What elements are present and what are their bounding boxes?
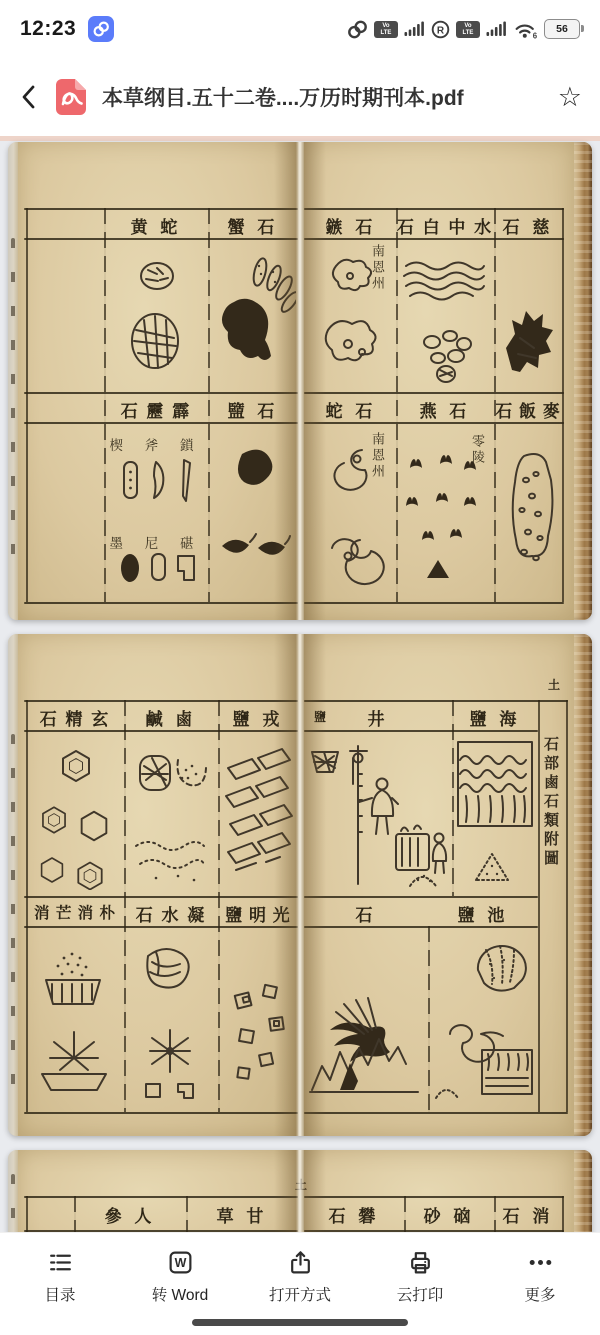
book-spread-1[interactable]: 黄 蛇 蟹 石 石 靂 霹 盬 石 楔 斧 鎖 墨 尼 碪	[8, 142, 592, 620]
toc-label: 目录	[44, 1283, 75, 1305]
status-bar: 12:23 VoLTE R VoLTE 6 56	[0, 0, 600, 58]
page-right: 井 鹽 鹽 海 石 鹽 池 土 石部鹵石類附圖	[304, 634, 574, 1136]
volte-badge-2: VoLTE	[456, 21, 480, 38]
battery-indicator: 56	[544, 19, 580, 39]
illustration-xuanjing-crystals	[30, 738, 122, 890]
cloud-print-button[interactable]: 云打印	[388, 1249, 452, 1305]
link-icon	[347, 19, 368, 40]
pdf-viewer-canvas[interactable]: 黄 蛇 蟹 石 石 靂 霹 盬 石 楔 斧 鎖 墨 尼 碪	[0, 136, 600, 1232]
illustration-lake-salt	[430, 930, 538, 1108]
convert-to-word-label: 转 Word	[152, 1283, 209, 1305]
entry-label-pilishi: 石 靂 霹	[104, 397, 208, 423]
page-edge-sliver	[8, 142, 18, 620]
book-spread-2[interactable]: 石 精 玄 鹹 鹵 鹽 戎 消 芒 消 朴 石 水 凝 鹽 明 光	[8, 634, 592, 1136]
margin-mark-tu: 土	[544, 676, 564, 702]
entry-label-shehuang: 黄 蛇	[104, 213, 208, 239]
home-indicator[interactable]	[192, 1319, 408, 1326]
app-header: 本草纲目.五十二卷....万历时期刊本.pdf ☆	[0, 58, 600, 136]
illustration-luxian	[126, 738, 216, 890]
page-left: 黄 蛇 蟹 石 石 靂 霹 盬 石 楔 斧 鎖 墨 尼 碪	[18, 142, 298, 620]
open-with-label: 打开方式	[269, 1283, 331, 1305]
illustration-ningshui-stone	[126, 934, 216, 1106]
margin-caption: 石部鹵石類附圖	[540, 736, 561, 976]
volte-badge: VoLTE	[374, 21, 398, 38]
link-app-badge-icon	[88, 16, 114, 42]
cloud-print-label: 云打印	[397, 1283, 444, 1305]
page-right: 鏃 石 石 白 中 水 石 慈 南恩州 蛇 石 燕 石 石 飯 麥 南恩州 零陵	[304, 142, 574, 620]
entry-label-xuanjingshi: 石 精 玄	[26, 705, 124, 731]
page-left: 石 精 玄 鹹 鹵 鹽 戎 消 芒 消 朴 石 水 凝 鹽 明 光	[18, 634, 298, 1136]
svg-text:6: 6	[533, 31, 538, 39]
illustration-magnetite	[498, 242, 560, 388]
illustration-well-salt-scene	[306, 734, 450, 892]
book-fore-edge	[574, 142, 592, 620]
toc-list-icon	[47, 1249, 74, 1276]
clock: 12:23	[20, 17, 76, 41]
entry-label-maifanshi: 石 飯 麥	[494, 397, 562, 423]
signal-bars-icon-2	[486, 21, 507, 37]
svg-text:W: W	[174, 1256, 186, 1270]
entry-label-chiyan: 鹽 池	[428, 901, 538, 927]
entry-label-puxiao-mangxiao: 消 芒 消 朴	[26, 901, 124, 927]
printer-icon	[407, 1249, 434, 1276]
pdf-file-icon	[52, 77, 90, 117]
book-fore-edge	[574, 1150, 592, 1232]
document-title: 本草纲目.五十二卷....万历时期刊本.pdf	[102, 82, 546, 112]
illustration-thunder-stones	[106, 428, 206, 598]
entry-label-ningshuishi: 石 水 凝	[124, 901, 218, 927]
illustration-puxiao-mangxiao	[28, 934, 122, 1106]
favorite-star-button[interactable]: ☆	[558, 84, 582, 111]
illustration-white-stone-in-water	[398, 242, 492, 388]
entry-label-shiyan: 燕 石	[396, 397, 494, 423]
illustration-snake-yellow	[110, 246, 202, 388]
signal-bars-icon	[404, 21, 425, 37]
book-fore-edge	[574, 634, 592, 1136]
entry-label-haiyan: 鹽 海	[452, 705, 538, 731]
svg-text:R: R	[437, 25, 445, 36]
entry-label-cishi: 石 慈	[494, 213, 562, 239]
entry-label-naosha: 砂 硇	[404, 1202, 494, 1228]
share-icon	[287, 1249, 314, 1276]
word-icon: W	[167, 1249, 194, 1276]
book-gutter	[274, 634, 326, 1136]
book-gutter	[274, 142, 326, 620]
page-edge-sliver	[8, 1150, 18, 1232]
convert-to-word-button[interactable]: W 转 Word	[148, 1249, 212, 1305]
page-edge-sliver	[8, 634, 18, 1136]
toc-button[interactable]: 目录	[28, 1249, 92, 1305]
page-left: 參 人 草 甘	[18, 1150, 298, 1232]
illustration-maifan-stone	[498, 428, 560, 598]
back-button[interactable]	[18, 82, 40, 112]
book-gutter	[274, 1150, 326, 1232]
entry-label-shuizhongbaishi: 石 白 中 水	[396, 213, 494, 239]
entry-label-xiaoshi: 石 消	[494, 1202, 562, 1228]
wifi6-icon: 6	[513, 20, 538, 39]
entry-label-renshen: 參 人	[74, 1202, 186, 1228]
book-spread-3[interactable]: 參 人 草 甘 石 礬 砂 硇 石 消 土	[8, 1150, 592, 1232]
open-with-button[interactable]: 打开方式	[268, 1249, 332, 1305]
illustration-sea-salt	[454, 734, 536, 892]
illustration-stone-swallows	[398, 428, 492, 598]
more-dots-icon	[527, 1249, 554, 1276]
entry-label-luxian: 鹹 鹵	[124, 705, 218, 731]
roaming-icon: R	[431, 20, 450, 39]
more-button[interactable]: 更多	[508, 1249, 572, 1305]
more-label: 更多	[524, 1283, 555, 1305]
page-right: 石 礬 砂 硇 石 消	[304, 1150, 574, 1232]
scan-top-edge	[0, 136, 600, 141]
